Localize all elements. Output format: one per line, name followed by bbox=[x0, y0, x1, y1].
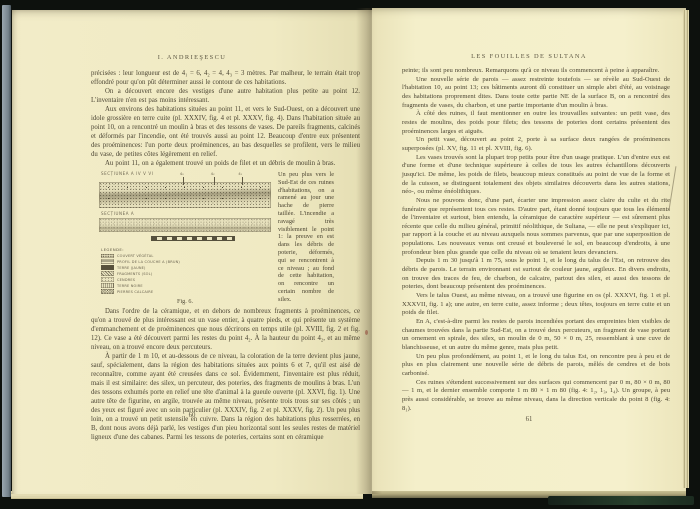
body-paragraph: Une nouvelle série de parois — assez res… bbox=[402, 76, 670, 111]
legend-swatch bbox=[101, 259, 114, 263]
figure-caption: Fig. 6. bbox=[99, 298, 271, 305]
legend-item: TERRE NOIRE bbox=[101, 283, 201, 287]
stake-marker bbox=[183, 177, 184, 185]
stake-label: 4₂ bbox=[211, 172, 215, 176]
body-paragraph: À côté des ruines, il faut mentionner en… bbox=[402, 110, 670, 136]
legend-label: TERRE NOIRE bbox=[117, 284, 143, 288]
legend-label: PROFIL DE LA COUCHE A (BRUN) bbox=[117, 260, 180, 264]
figure-legend: LEGENDE: COUVERT VÉGÉTAL PROFIL DE LA CO… bbox=[101, 247, 201, 294]
figure-row: SECȚIUNEA A IV V VI 4₃ 4₂ 4₁ SECȚIUNEA A… bbox=[91, 171, 360, 305]
body-paragraph: Un petit vase, découvert au point 2, por… bbox=[402, 136, 670, 153]
legend-item: PIERRES CALCAIRE bbox=[101, 289, 201, 293]
body-paragraph: Les vases trouvés sont la plupart trop p… bbox=[402, 154, 670, 197]
legend-label: TERRE (JAUNE) bbox=[117, 266, 146, 270]
legend-swatch bbox=[101, 271, 114, 275]
figure-6: SECȚIUNEA A IV V VI 4₃ 4₂ 4₁ SECȚIUNEA A… bbox=[99, 171, 271, 305]
legend-label: COUVERT VÉGÉTAL bbox=[117, 254, 154, 258]
body-paragraph: Ces ruines s'étendent successivement sur… bbox=[402, 379, 670, 414]
page-number-right: 61 bbox=[372, 416, 686, 423]
figure-side-text: Un peu plus vers le Sud-Est de ces ruine… bbox=[278, 171, 334, 304]
page-edges-right bbox=[683, 10, 689, 488]
left-text-block: précisées : leur longueur est de 4₁ = 6,… bbox=[91, 69, 360, 442]
stake-marker bbox=[214, 177, 215, 185]
right-text-block: peinte; ils sont peu nombreux. Remarquon… bbox=[402, 67, 670, 413]
paper-stain bbox=[102, 340, 142, 366]
body-paragraph: En A, c'est-à-dire parmi les restes de p… bbox=[402, 318, 670, 353]
legend-item: CENDRES bbox=[101, 277, 201, 281]
figure-scale-bar bbox=[151, 236, 235, 241]
body-paragraph: Au point 11, on a également trouvé un po… bbox=[91, 159, 360, 168]
body-paragraph: peinte; ils sont peu nombreux. Remarquon… bbox=[402, 67, 670, 76]
legend-label: CENDRES bbox=[117, 278, 135, 282]
body-paragraph: Vers le talus Ouest, au même niveau, on … bbox=[402, 292, 670, 318]
body-paragraph: Un peu plus profondément, au point 1, et… bbox=[402, 353, 670, 379]
book-edge-strip bbox=[2, 5, 11, 497]
legend-swatch bbox=[101, 254, 114, 258]
legend-swatch bbox=[101, 283, 114, 287]
body-paragraph: Nous ne pouvons donc, d'une part, écarte… bbox=[402, 197, 670, 258]
book-photo: I. ANDRIEŞESCU précisées : leur longueur… bbox=[0, 0, 700, 509]
left-page: I. ANDRIEŞESCU précisées : leur longueur… bbox=[12, 10, 372, 494]
legend-item: PROFIL DE LA COUCHE A (BRUN) bbox=[101, 259, 201, 263]
legend-item: COUVERT VÉGÉTAL bbox=[101, 254, 201, 258]
body-paragraph: À partir de 1 m 10, et au-dessous de ce … bbox=[91, 352, 360, 442]
stake-label: 4₃ bbox=[180, 172, 184, 176]
body-paragraph: Depuis 1 m 30 jusqu'à 1 m 75, sous le po… bbox=[402, 257, 670, 292]
stake-label: 4₁ bbox=[238, 172, 242, 176]
stratigraphic-section-1: 4₃ 4₂ 4₁ bbox=[99, 182, 271, 208]
running-head-left: I. ANDRIEŞESCU bbox=[12, 54, 372, 61]
stratigraphic-section-2 bbox=[99, 218, 271, 232]
running-head-right: LES FOUILLES DE SULTANA bbox=[372, 53, 686, 60]
legend-label: FRAGMENTS (SOL) bbox=[117, 272, 152, 276]
book-cover-sliver bbox=[548, 496, 694, 505]
figure-section2-label: SECȚIUNEA A bbox=[101, 211, 271, 216]
stake-marker bbox=[242, 177, 243, 185]
body-paragraph: Aux environs des habitations situées au … bbox=[91, 105, 360, 159]
body-paragraph: précisées : leur longueur est de 4₁ = 6,… bbox=[91, 69, 360, 87]
legend-title: LEGENDE: bbox=[101, 247, 201, 252]
body-paragraph: On a découvert encore des vestiges d'une… bbox=[91, 87, 360, 105]
legend-item: TERRE (JAUNE) bbox=[101, 265, 201, 269]
legend-swatch bbox=[101, 277, 114, 281]
page-number-left: 60 bbox=[12, 412, 372, 419]
right-page: LES FOUILLES DE SULTANA peinte; ils sont… bbox=[372, 8, 686, 491]
legend-swatch bbox=[101, 289, 114, 293]
legend-swatch bbox=[101, 265, 114, 269]
figure-section1-label: SECȚIUNEA A IV V VI bbox=[101, 171, 271, 176]
legend-label: PIERRES CALCAIRE bbox=[117, 290, 153, 294]
legend-item: FRAGMENTS (SOL) bbox=[101, 271, 201, 275]
